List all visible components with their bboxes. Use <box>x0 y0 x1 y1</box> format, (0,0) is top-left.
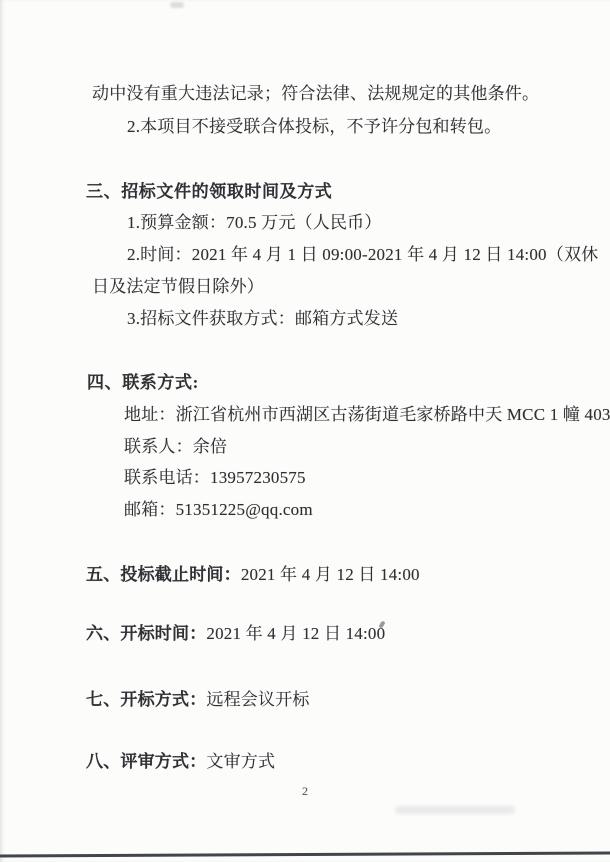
line-bid-deadline: 五、投标截止时间：2021 年 4 月 12 日 14:00 <box>86 565 420 584</box>
heading-section-four: 四、联系方式: <box>87 373 199 392</box>
line-bid-opening-time: 六、开标时间：2021 年 4 月 12 日 14:00 <box>86 624 385 643</box>
scan-page-edge-line <box>0 851 610 857</box>
review-method-label: 八、评审方式： <box>86 752 206 771</box>
bid-deadline-label: 五、投标截止时间： <box>86 565 241 584</box>
item-delivery-method: 3.招标文件获取方式：邮箱方式发送 <box>127 309 398 328</box>
line-bid-opening-method: 七、开标方式：远程会议开标 <box>86 690 310 709</box>
scan-smudge <box>395 806 515 814</box>
paragraph-eligibility-continuation: 动中没有重大违法记录；符合法律、法规规定的其他条件。 <box>92 84 539 103</box>
contact-phone: 联系电话：13957230575 <box>124 468 306 487</box>
item-collection-time-line1: 2.时间：2021 年 4 月 1 日 09:00-2021 年 4 月 12 … <box>127 245 598 264</box>
contact-address: 地址：浙江省杭州市西湖区古荡街道毛家桥路中天 MCC 1 幢 403 <box>124 405 610 424</box>
bid-opening-method-label: 七、开标方式： <box>86 690 206 709</box>
review-method-value: 文审方式 <box>206 752 275 771</box>
heading-section-three: 三、招标文件的领取时间及方式 <box>86 182 332 201</box>
paragraph-no-consortium: 2.本项目不接受联合体投标，不予许分包和转包。 <box>127 117 501 136</box>
bid-opening-time-label: 六、开标时间： <box>86 624 206 643</box>
bid-deadline-value: 2021 年 4 月 12 日 14:00 <box>241 565 420 584</box>
item-collection-time-line2: 日及法定节假日除外） <box>92 277 264 296</box>
line-review-method: 八、评审方式：文审方式 <box>86 752 275 771</box>
page-number: 2 <box>0 784 610 799</box>
bid-opening-time-value: 2021 年 4 月 12 日 14:00 <box>206 624 385 643</box>
bid-opening-method-value: 远程会议开标 <box>206 690 309 709</box>
item-budget-amount: 1.预算金额：70.5 万元（人民币） <box>127 213 382 232</box>
contact-email: 邮箱：51351225@qq.com <box>124 500 313 519</box>
document-page: 动中没有重大违法记录；符合法律、法规规定的其他条件。 2.本项目不接受联合体投标… <box>0 0 610 862</box>
contact-person: 联系人：余倍 <box>124 437 227 456</box>
scan-speck <box>170 2 184 8</box>
